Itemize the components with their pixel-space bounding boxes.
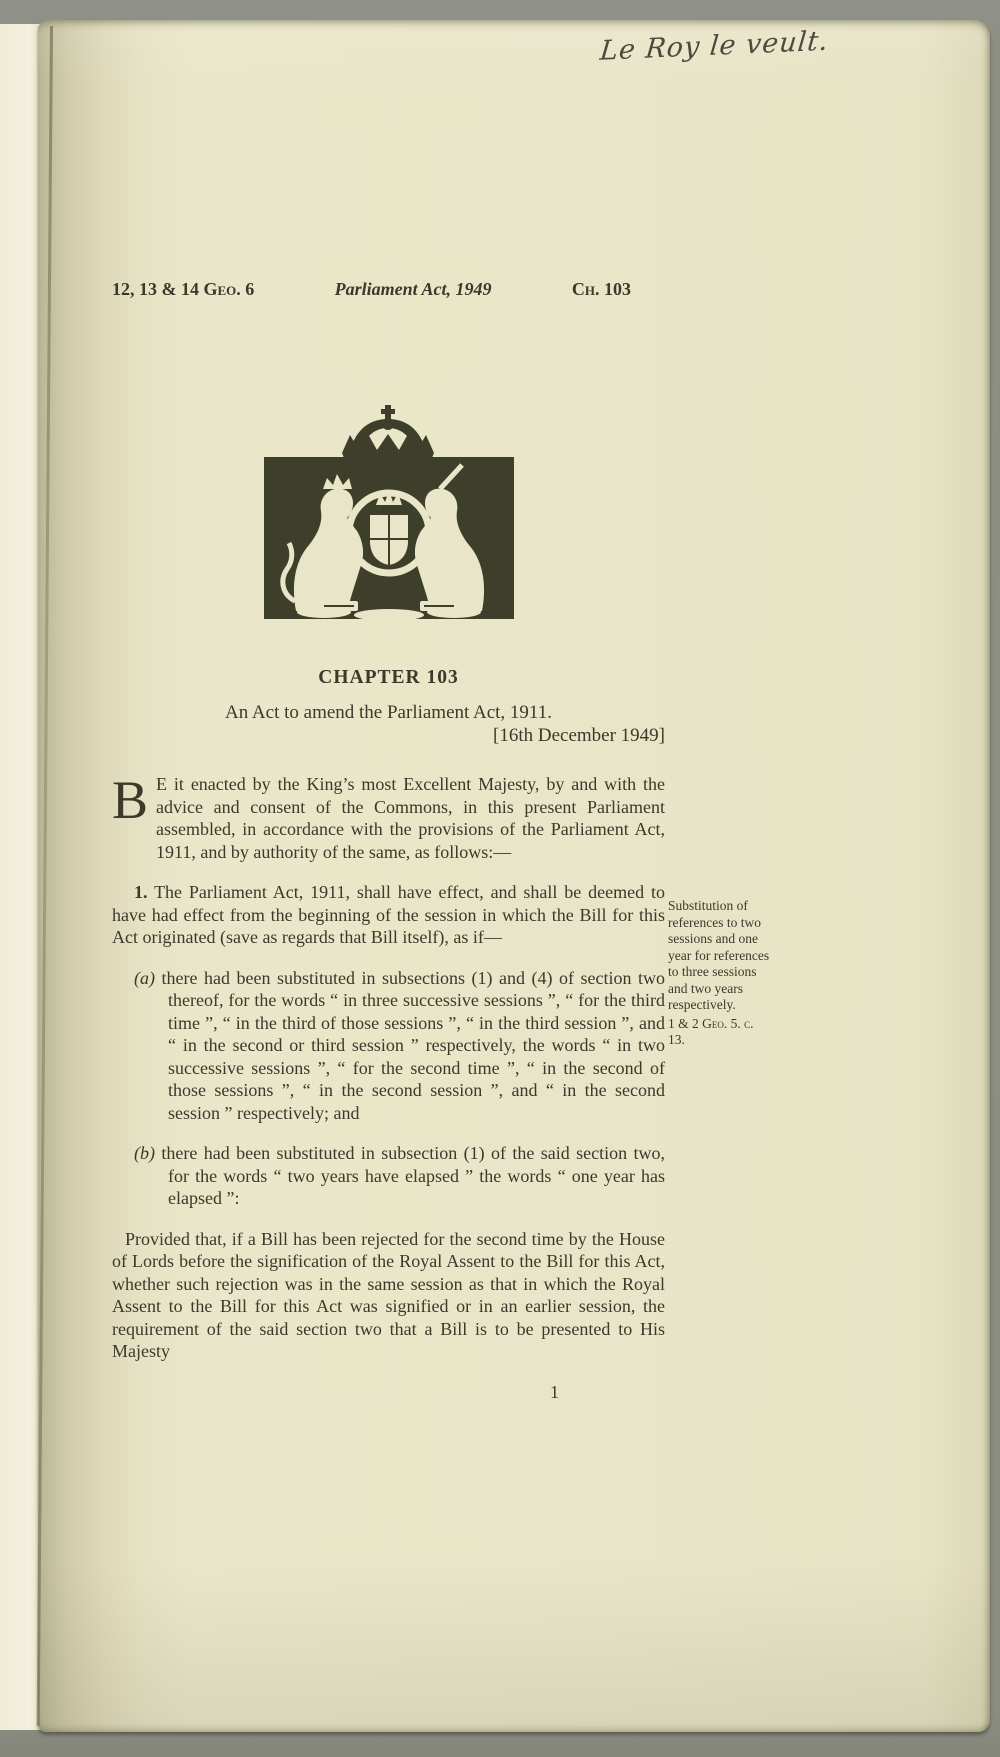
clause-b-label: (b) <box>134 1143 155 1163</box>
section-1-text: The Parliament Act, 1911, shall have eff… <box>112 882 665 947</box>
running-head: 12, 13 & 14 Geo. 6 Parliament Act, 1949 … <box>112 278 665 301</box>
page-text-column: 12, 13 & 14 Geo. 6 Parliament Act, 1949 … <box>112 278 665 1403</box>
section-1-number: 1. <box>134 882 148 902</box>
clause-b-text: there had been substituted in subsection… <box>161 1143 665 1208</box>
enacting-clause-text: E it enacted by the King’s most Excellen… <box>156 774 665 862</box>
regnal-citation: 12, 13 & 14 Geo. 6 <box>112 278 254 301</box>
royal-assent-date: [16th December 1949] <box>112 725 665 748</box>
marginal-note-citation: 1 & 2 Geo. 5. c. 13. <box>668 1016 770 1049</box>
page-number: 1 <box>112 1381 665 1404</box>
chapter-reference: Ch. 103 <box>572 278 665 301</box>
running-act-title: Parliament Act, 1949 <box>254 278 572 301</box>
clause-b: (b) there had been substituted in subsec… <box>112 1142 665 1210</box>
marginal-note-substitution: Substitution of references to two sessio… <box>668 898 770 1014</box>
chapter-heading: CHAPTER 103 <box>112 667 665 690</box>
drop-cap: B <box>112 773 156 841</box>
clause-a-text: there had been substituted in subsection… <box>162 968 666 1123</box>
clause-a: (a) there had been substituted in subsec… <box>112 967 665 1125</box>
clause-a-label: (a) <box>134 968 155 988</box>
enacting-clause: BE it enacted by the King’s most Excelle… <box>112 773 665 863</box>
royal-coat-of-arms-icon <box>264 405 514 627</box>
act-long-title: An Act to amend the Parliament Act, 1911… <box>112 702 665 725</box>
marginal-notes: Substitution of references to two sessio… <box>668 898 770 1049</box>
proviso-paragraph: Provided that, if a Bill has been reject… <box>112 1228 665 1363</box>
section-1: 1. The Parliament Act, 1911, shall have … <box>112 881 665 949</box>
photo-background: Le Roy le veult. 12, 13 & 14 Geo. 6 Parl… <box>0 0 1000 1757</box>
